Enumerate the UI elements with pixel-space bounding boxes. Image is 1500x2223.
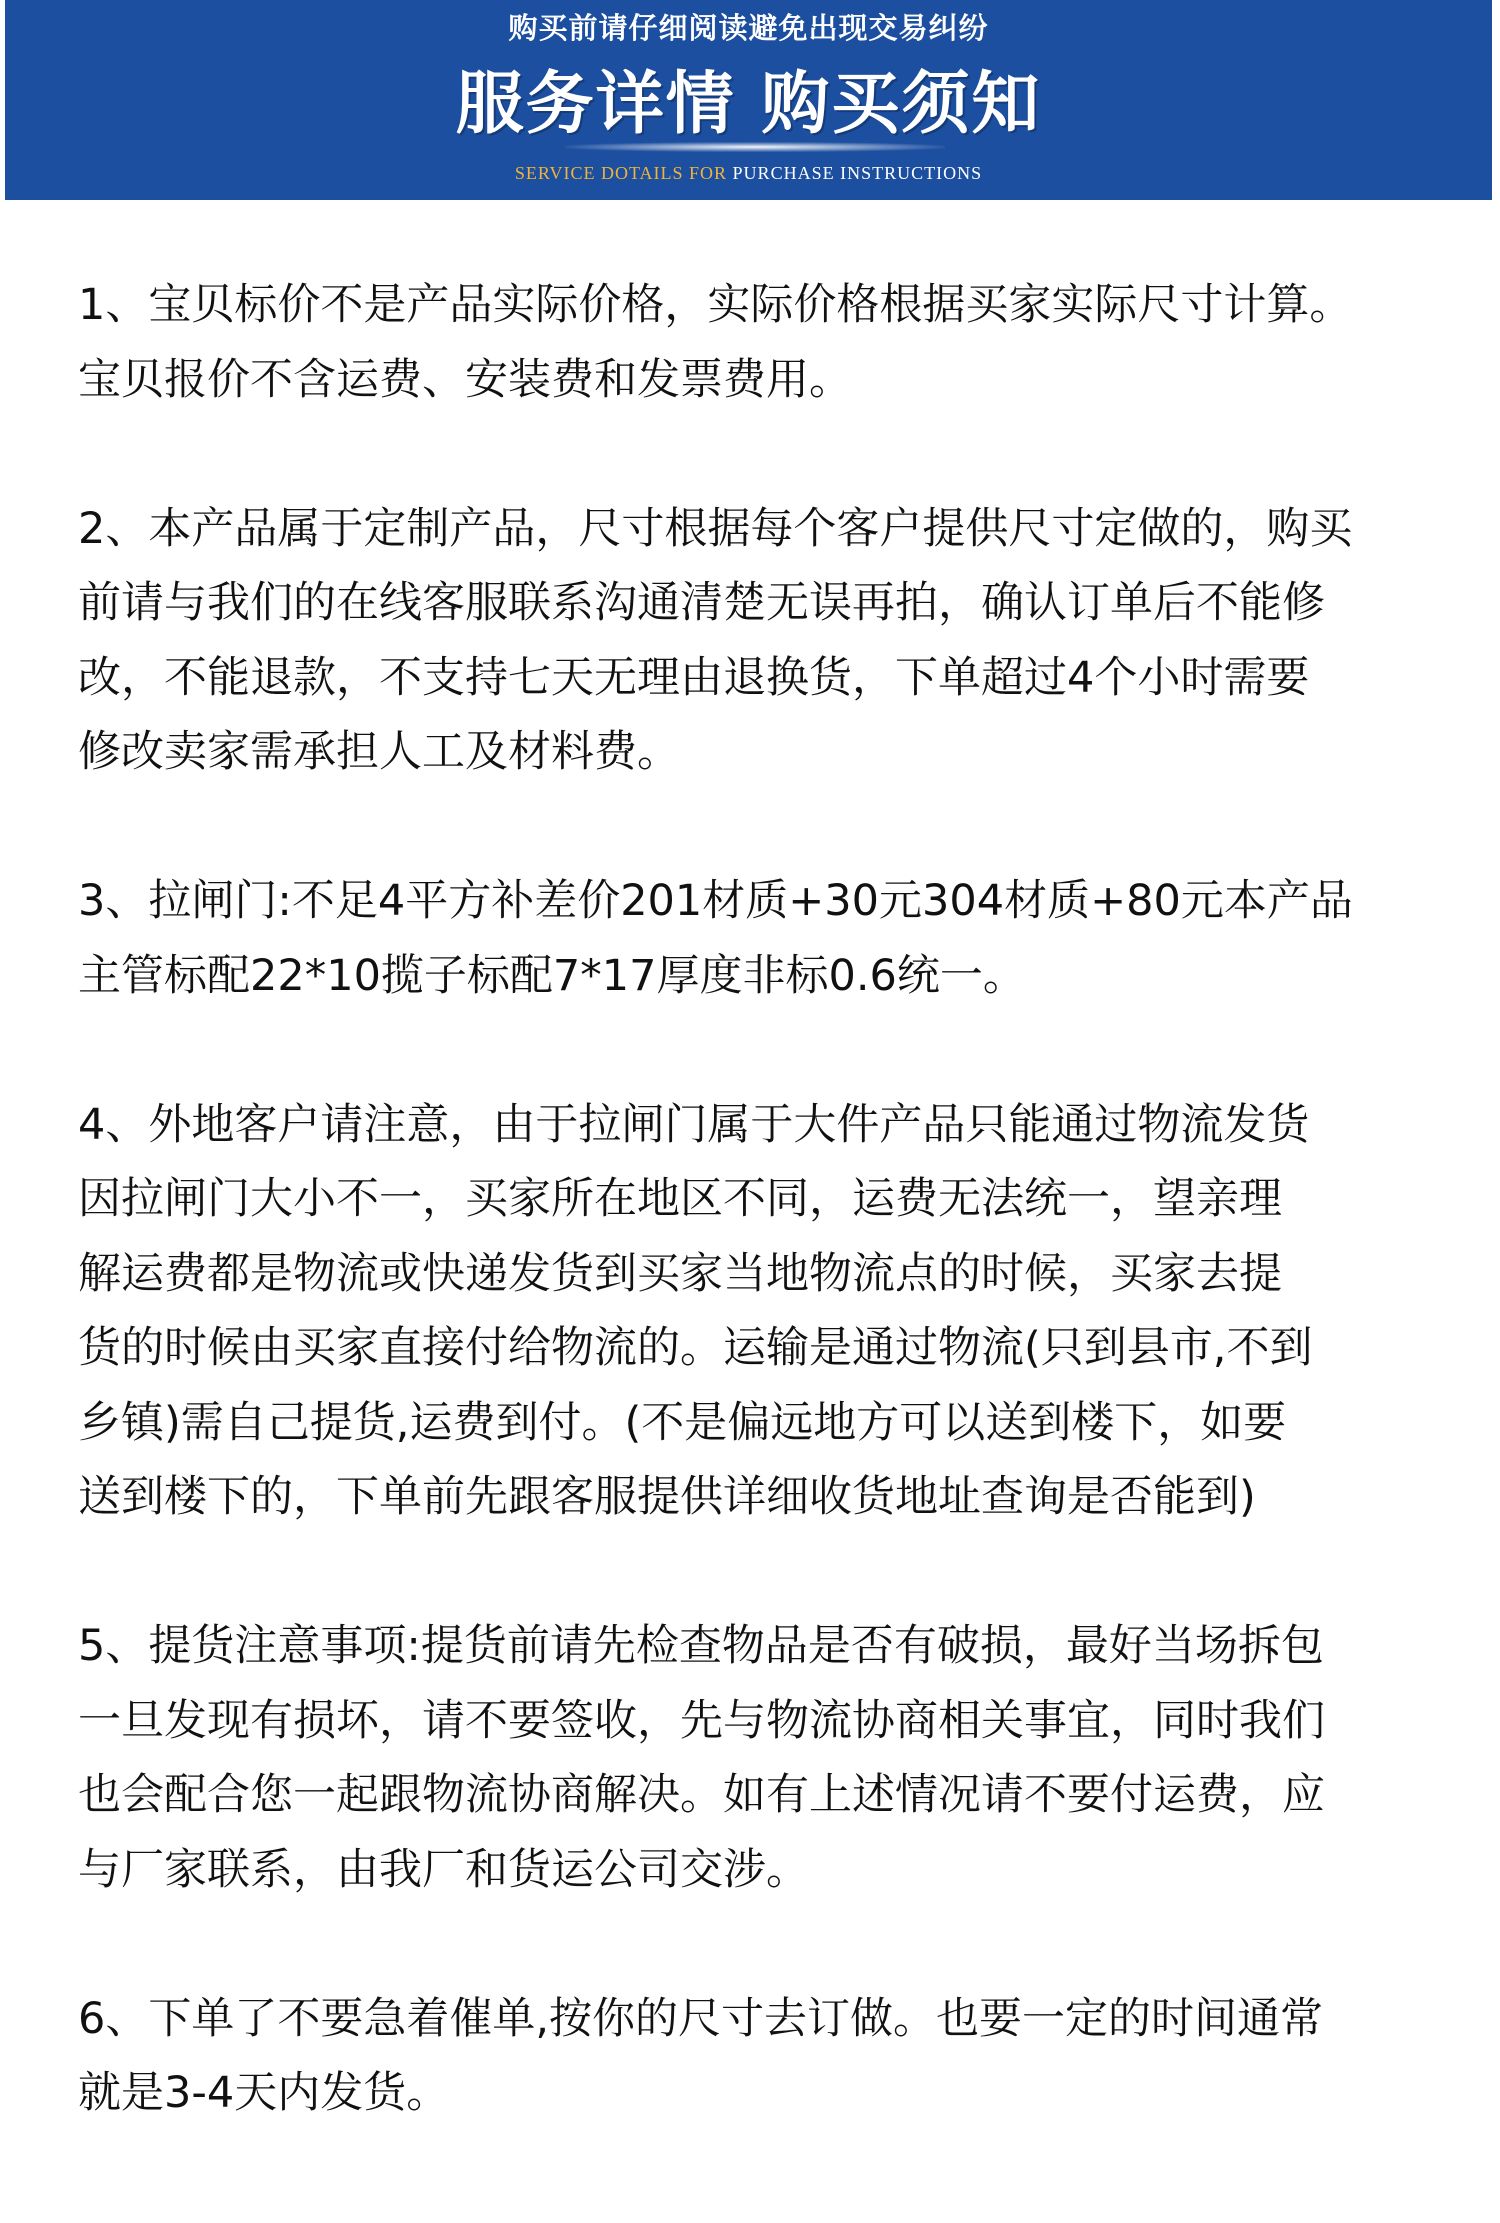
banner-english-caption: SERVICE DOTAILS FOR PURCHASE INSTRUCTION… bbox=[5, 163, 1492, 184]
banner-title: 服务详情 购买须知 bbox=[5, 50, 1492, 147]
english-caption-white: PURCHASE INSTRUCTIONS bbox=[733, 163, 983, 183]
glow-divider bbox=[565, 142, 945, 152]
notice-content: 1、宝贝标价不是产品实际价格，实际价格根据买家实际尺寸计算。 宝贝报价不含运费、… bbox=[78, 268, 1468, 2205]
banner-subtitle: 购买前请仔细阅读避免出现交易纠纷 bbox=[5, 6, 1492, 47]
notice-item-6: 6、下单了不要急着催单,按你的尺寸去订做。也要一定的时间通常 就是3-4天内发货… bbox=[78, 1982, 1468, 2131]
notice-item-5: 5、提货注意事项:提货前请先检查物品是否有破损，最好当场拆包 一旦发现有损坏，请… bbox=[78, 1609, 1468, 1907]
header-banner: 购买前请仔细阅读避免出现交易纠纷 服务详情 购买须知 SERVICE DOTAI… bbox=[5, 0, 1492, 200]
notice-item-1: 1、宝贝标价不是产品实际价格，实际价格根据买家实际尺寸计算。 宝贝报价不含运费、… bbox=[78, 268, 1468, 417]
english-caption-gold: SERVICE DOTAILS FOR bbox=[515, 163, 733, 183]
notice-item-2: 2、本产品属于定制产品，尺寸根据每个客户提供尺寸定做的，购买 前请与我们的在线客… bbox=[78, 492, 1468, 790]
notice-item-4: 4、外地客户请注意，由于拉闸门属于大件产品只能通过物流发货 因拉闸门大小不一，买… bbox=[78, 1088, 1468, 1535]
notice-item-3: 3、拉闸门:不足4平方补差价201材质+30元304材质+80元本产品 主管标配… bbox=[78, 864, 1468, 1013]
